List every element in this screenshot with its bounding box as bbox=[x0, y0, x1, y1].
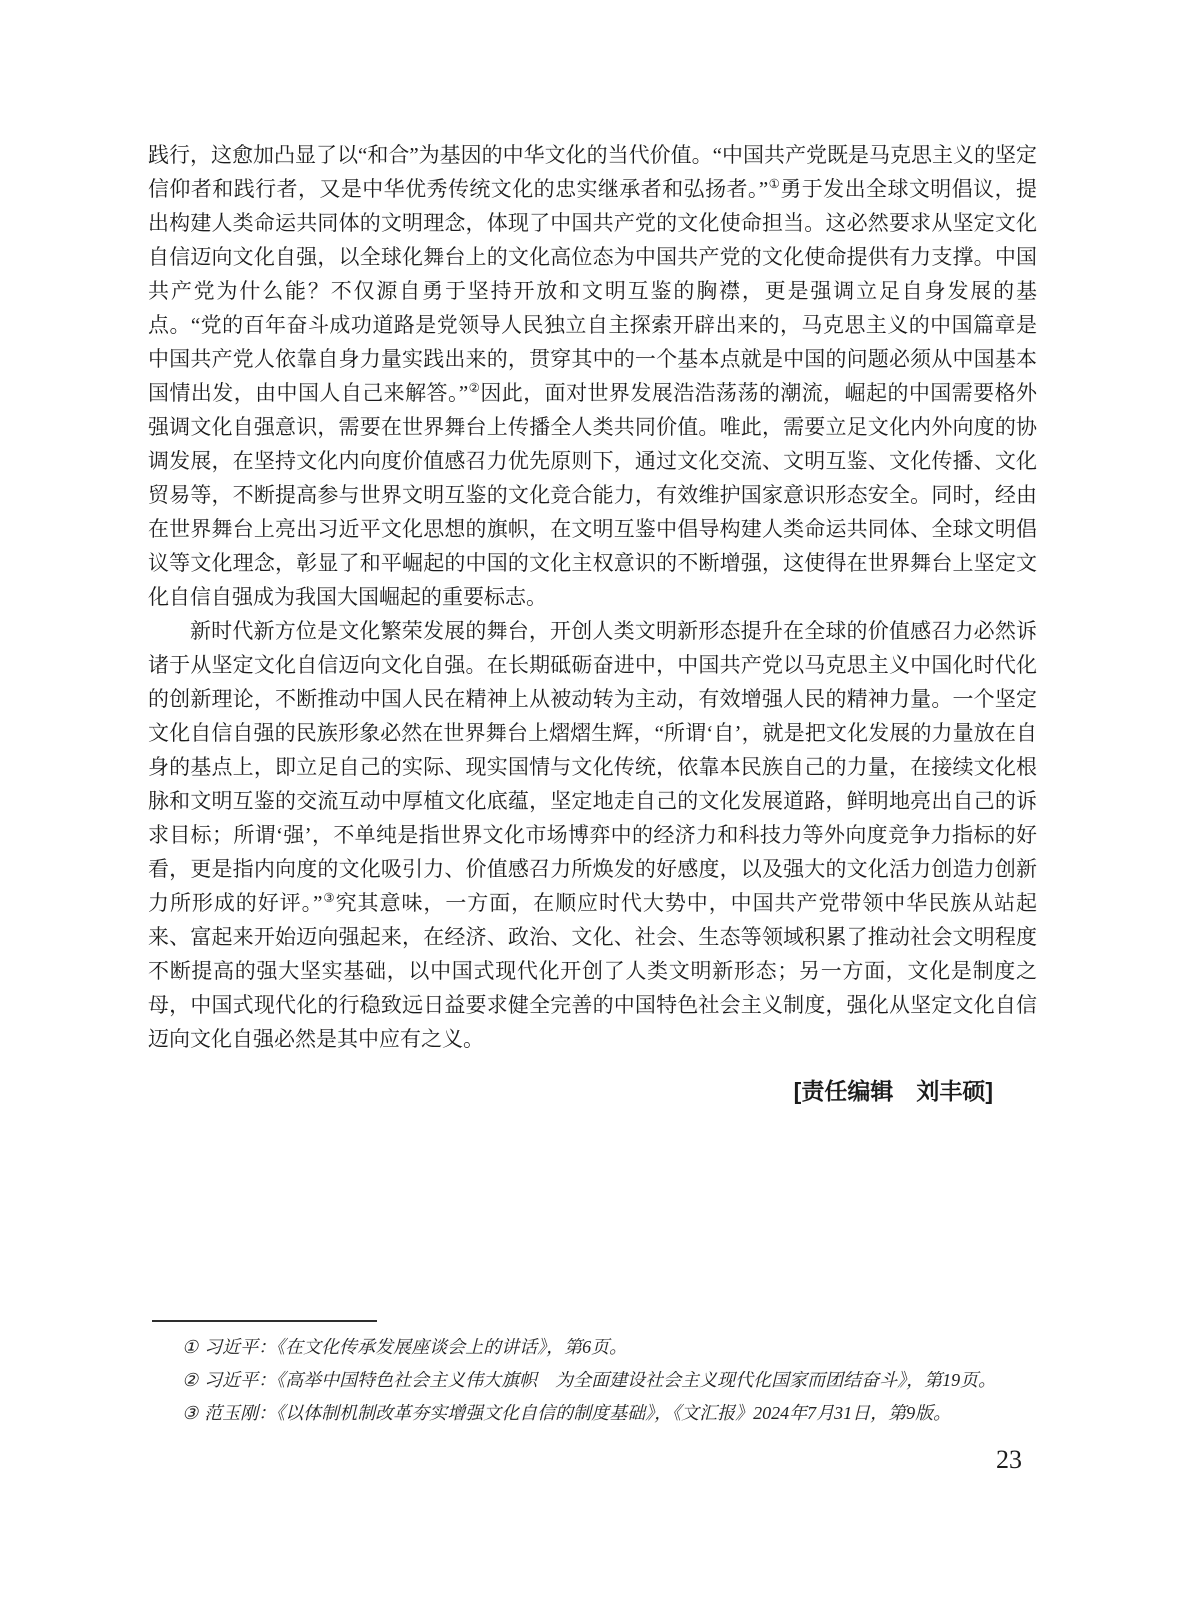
footnote-3: ③范玉刚：《以体制机制改革夯实增强文化自信的制度基础》，《文汇报》2024年7月… bbox=[182, 1397, 1038, 1430]
footnote-reference: ① bbox=[768, 177, 780, 191]
body-text: 践行，这愈加凸显了以“和合”为基因的中华文化的当代价值。“中国共产党既是马克思主… bbox=[148, 138, 1037, 1056]
body-text-run: 新时代新方位是文化繁荣发展的舞台，开创人类文明新形态提升在全球的价值感召力必然诉… bbox=[148, 619, 1037, 915]
footnote-2-marker: ② bbox=[182, 1370, 198, 1390]
page-number: 23 bbox=[922, 1444, 1022, 1476]
footnote-3-text: 范玉刚：《以体制机制改革夯实增强文化自信的制度基础》，《文汇报》2024年7月3… bbox=[204, 1403, 951, 1423]
body-text-run: 究其意味，一方面，在顺应时代大势中，中国共产党带领中华民族从站起来、富起来开始迈… bbox=[148, 891, 1037, 1051]
body-text-run: 勇于发出全球文明倡议，提出构建人类命运共同体的文明理念，体现了中国共产党的文化使… bbox=[148, 177, 1037, 405]
footnotes: ①习近平：《在文化传承发展座谈会上的讲话》，第6页。 ②习近平：《高举中国特色社… bbox=[148, 1331, 1038, 1430]
paragraph-1: 践行，这愈加凸显了以“和合”为基因的中华文化的当代价值。“中国共产党既是马克思主… bbox=[148, 138, 1037, 614]
footnote-1-text: 习近平：《在文化传承发展座谈会上的讲话》，第6页。 bbox=[204, 1337, 627, 1357]
footnote-1: ①习近平：《在文化传承发展座谈会上的讲话》，第6页。 bbox=[182, 1331, 1038, 1364]
footnote-separator-rule bbox=[152, 1320, 377, 1322]
body-text-run: 因此，面对世界发展浩浩荡荡的潮流，崛起的中国需要格外强调文化自强意识，需要在世界… bbox=[148, 381, 1037, 609]
footnote-2-text: 习近平：《高举中国特色社会主义伟大旗帜 为全面建设社会主义现代化国家而团结奋斗》… bbox=[204, 1370, 996, 1390]
paragraph-2: 新时代新方位是文化繁荣发展的舞台，开创人类文明新形态提升在全球的价值感召力必然诉… bbox=[148, 614, 1037, 1056]
footnote-1-marker: ① bbox=[182, 1337, 198, 1357]
footnote-2: ②习近平：《高举中国特色社会主义伟大旗帜 为全面建设社会主义现代化国家而团结奋斗… bbox=[182, 1364, 1038, 1397]
editor-credit: [责任编辑 刘丰硕] bbox=[148, 1076, 993, 1106]
footnote-3-marker: ③ bbox=[182, 1403, 198, 1423]
footnote-reference: ③ bbox=[322, 891, 335, 905]
footnote-reference: ② bbox=[468, 381, 480, 395]
document-page: 践行，这愈加凸显了以“和合”为基因的中华文化的当代价值。“中国共产党既是马克思主… bbox=[0, 0, 1190, 1615]
